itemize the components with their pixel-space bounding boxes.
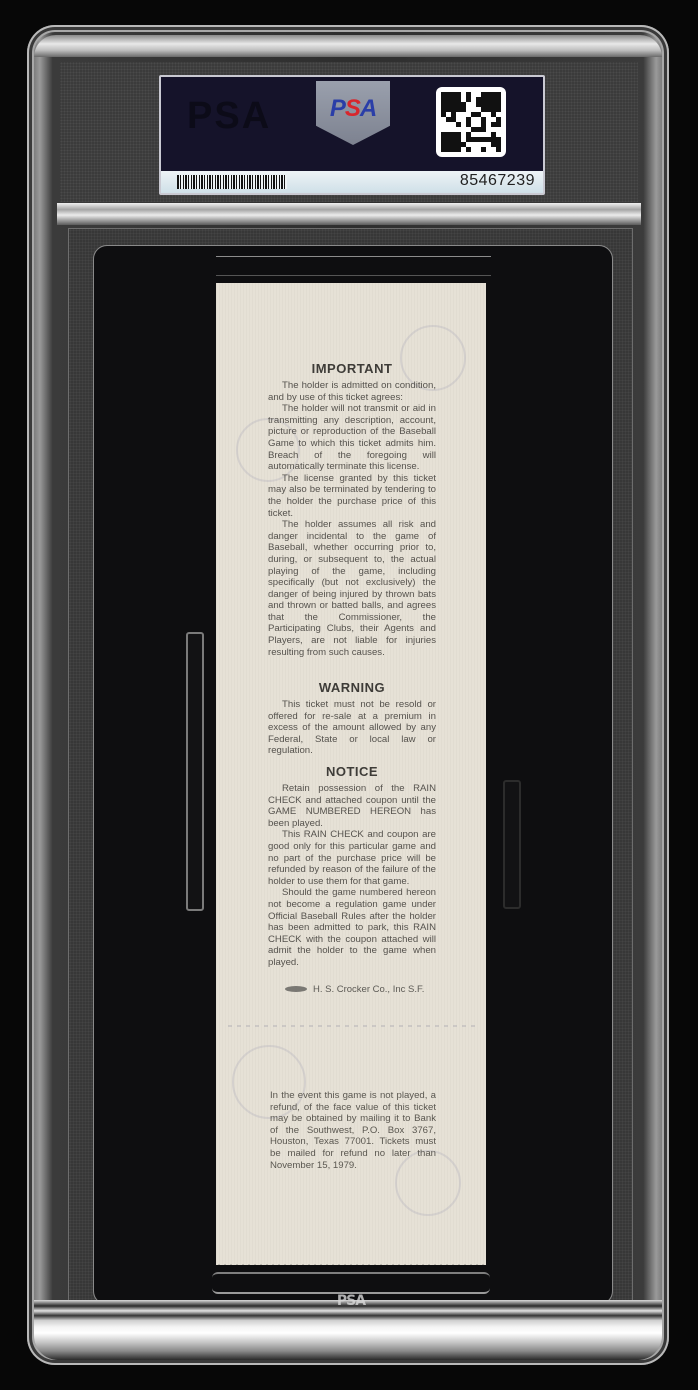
important-text: The holder is admitted on condition, and… [268, 380, 436, 658]
label-strip: 85467239 [161, 171, 543, 193]
psa-logo-text: PSA [316, 95, 390, 123]
warning-heading: WARNING [268, 680, 436, 695]
notice-para: Retain possession of the RAIN CHECK and … [268, 783, 436, 829]
faint-print-row [228, 1025, 478, 1027]
qr-code-icon[interactable] [436, 87, 506, 157]
printer-credit: H. S. Crocker Co., Inc S.F. [285, 984, 424, 995]
side-slot-left [186, 632, 204, 911]
notice-para: This RAIN CHECK and coupon are good only… [268, 829, 436, 887]
notice-para: Should the game numbered hereon not beco… [268, 887, 436, 968]
barcode-icon [177, 175, 287, 189]
important-para: The holder assumes all risk and danger i… [268, 519, 436, 658]
important-para: The license granted by this ticket may a… [268, 473, 436, 519]
embossed-psa-logo: PSA [333, 1293, 369, 1315]
warning-text: This ticket must not be resold or offere… [268, 699, 436, 757]
bottom-groove [212, 1272, 490, 1294]
notice-heading: NOTICE [268, 764, 436, 779]
printer-logo-icon [285, 986, 307, 992]
warning-para: This ticket must not be resold or offere… [268, 699, 436, 757]
important-para: The holder is admitted on condition, and… [268, 380, 436, 403]
important-heading: IMPORTANT [268, 361, 436, 376]
notice-text: Retain possession of the RAIN CHECK and … [268, 783, 436, 969]
printer-name: H. S. Crocker Co., Inc S.F. [313, 984, 424, 995]
psa-shield-logo: PSA [316, 81, 390, 145]
slab-top-rail [34, 35, 662, 57]
psa-label: PSA PSA 85467239 [159, 75, 545, 195]
cert-number: 85467239 [460, 172, 535, 190]
ticket-perforation-bottom [216, 1262, 486, 1267]
slab-divider-rail [57, 203, 641, 225]
top-groove [216, 256, 491, 276]
refund-note: In the event this game is not played, a … [270, 1090, 436, 1171]
important-para: The holder will not transmit or aid in t… [268, 403, 436, 473]
ticket-perforation-top [216, 280, 486, 285]
side-slot-right [503, 780, 521, 909]
psa-ghost-logo: PSA [187, 95, 271, 138]
